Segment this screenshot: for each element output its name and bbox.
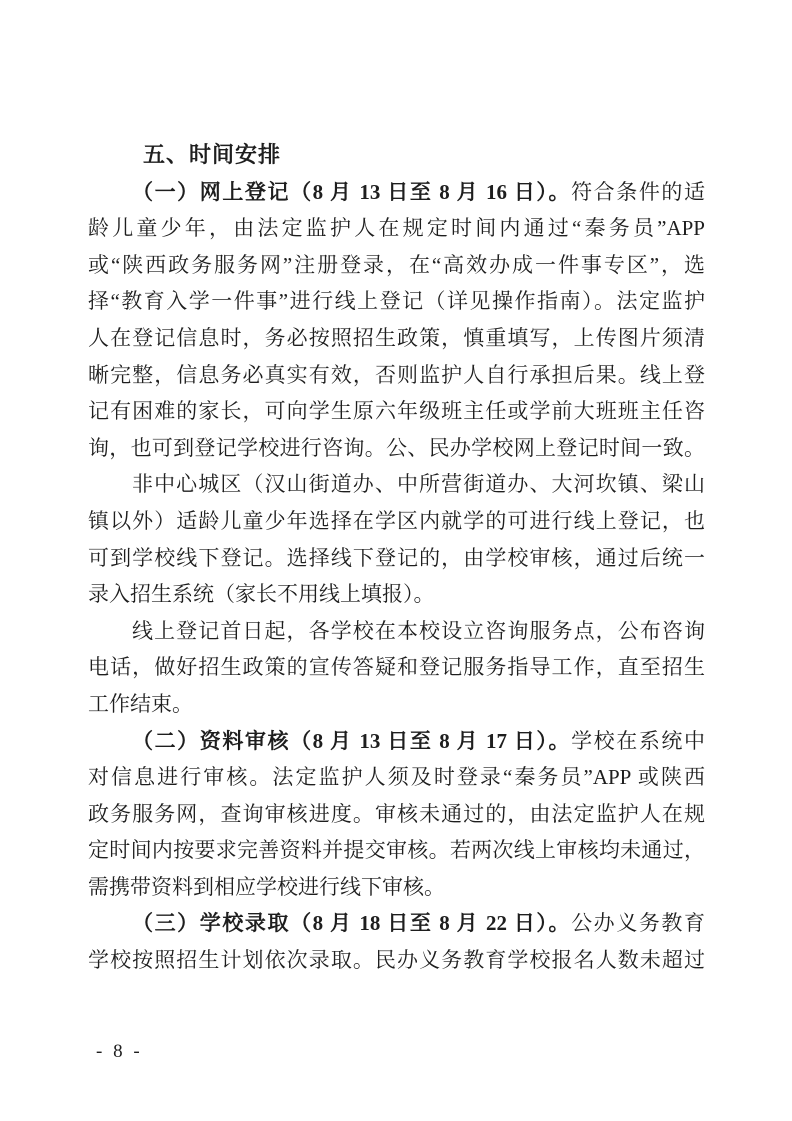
text-run: 录入招生系统（家长不用线上填报）。 bbox=[88, 582, 435, 606]
page-number: - 8 - bbox=[96, 1040, 143, 1064]
text-run: 电话，做好招生政策的宣传答疑和登记服务指导工作，直至招生 bbox=[88, 655, 705, 679]
text-run: 择“教育入学一件事”进行线上登记（详见操作指南）。法定监护 bbox=[88, 289, 705, 313]
text-run: 符合条件的适 bbox=[571, 180, 705, 204]
text-run: 对信息进行审核。法定监护人须及时登录“秦务员”APP 或陕西 bbox=[88, 765, 705, 789]
text-run: 龄儿童少年，由法定监护人在规定时间内通过“秦务员”APP bbox=[88, 216, 705, 240]
document-page: 五、时间安排（一）网上登记（8 月 13 日至 8 月 16 日）。符合条件的适… bbox=[0, 0, 792, 1121]
text-line: 晰完整，信息务必真实有效，否则监护人自行承担后果。线上登 bbox=[88, 357, 705, 394]
text-line: 需携带资料到相应学校进行线下审核。 bbox=[88, 869, 705, 906]
text-run: 学校在系统中 bbox=[571, 729, 705, 753]
text-line: 人在登记信息时，务必按照招生政策，慎重填写，上传图片须清 bbox=[88, 320, 705, 357]
text-line: 政务服务网，查询审核进度。审核未通过的，由法定监护人在规 bbox=[88, 796, 705, 833]
text-line: 电话，做好招生政策的宣传答疑和登记服务指导工作，直至招生 bbox=[88, 649, 705, 686]
text-run: 可到学校线下登记。选择线下登记的，由学校审核，通过后统一 bbox=[88, 546, 705, 570]
text-line: 工作结束。 bbox=[88, 686, 705, 723]
text-run: 人在登记信息时，务必按照招生政策，慎重填写，上传图片须清 bbox=[88, 326, 705, 350]
text-run: 晰完整，信息务必真实有效，否则监护人自行承担后果。线上登 bbox=[88, 363, 705, 387]
text-run: 政务服务网，查询审核进度。审核未通过的，由法定监护人在规 bbox=[88, 802, 705, 826]
text-line: 录入招生系统（家长不用线上填报）。 bbox=[88, 576, 705, 613]
text-line: （一）网上登记（8 月 13 日至 8 月 16 日）。符合条件的适 bbox=[88, 174, 705, 211]
text-run: 或“陕西政务服务网”注册登录，在“高效办成一件事专区”，选 bbox=[88, 253, 705, 277]
text-line: 对信息进行审核。法定监护人须及时登录“秦务员”APP 或陕西 bbox=[88, 759, 705, 796]
text-run: 学校按照招生计划依次录取。民办义务教育学校报名人数未超过 bbox=[88, 948, 705, 972]
text-line: 非中心城区（汉山街道办、中所营街道办、大河坎镇、梁山 bbox=[88, 466, 705, 503]
section-heading: 五、时间安排 bbox=[88, 137, 705, 174]
text-line: 龄儿童少年，由法定监护人在规定时间内通过“秦务员”APP bbox=[88, 210, 705, 247]
document-body: 五、时间安排（一）网上登记（8 月 13 日至 8 月 16 日）。符合条件的适… bbox=[88, 137, 705, 979]
text-line: 学校按照招生计划依次录取。民办义务教育学校报名人数未超过 bbox=[88, 942, 705, 979]
text-run: 记有困难的家长，可向学生原六年级班主任或学前大班班主任咨 bbox=[88, 399, 705, 423]
text-line: 记有困难的家长，可向学生原六年级班主任或学前大班班主任咨 bbox=[88, 393, 705, 430]
text-line: 定时间内按要求完善资料并提交审核。若两次线上审核均未通过， bbox=[88, 832, 705, 869]
text-line: 线上登记首日起，各学校在本校设立咨询服务点，公布咨询 bbox=[88, 613, 705, 650]
text-line: 镇以外）适龄儿童少年选择在学区内就学的可进行线上登记，也 bbox=[88, 503, 705, 540]
text-run: 公办义务教育 bbox=[571, 911, 705, 935]
bold-text-run: 五、时间安排 bbox=[143, 142, 281, 167]
text-run: 线上登记首日起，各学校在本校设立咨询服务点，公布咨询 bbox=[132, 619, 705, 643]
bold-text-run: （三）学校录取（8 月 18 日至 8 月 22 日）。 bbox=[132, 911, 571, 935]
text-line: 询，也可到登记学校进行咨询。公、民办学校网上登记时间一致。 bbox=[88, 430, 705, 467]
text-run: 非中心城区（汉山街道办、中所营街道办、大河坎镇、梁山 bbox=[132, 472, 705, 496]
text-line: （二）资料审核（8 月 13 日至 8 月 17 日）。学校在系统中 bbox=[88, 723, 705, 760]
text-run: 定时间内按要求完善资料并提交审核。若两次线上审核均未通过， bbox=[88, 838, 705, 862]
text-line: （三）学校录取（8 月 18 日至 8 月 22 日）。公办义务教育 bbox=[88, 905, 705, 942]
text-run: 工作结束。 bbox=[88, 692, 193, 716]
text-line: 择“教育入学一件事”进行线上登记（详见操作指南）。法定监护 bbox=[88, 283, 705, 320]
bold-text-run: （一）网上登记（8 月 13 日至 8 月 16 日）。 bbox=[132, 180, 571, 204]
text-line: 可到学校线下登记。选择线下登记的，由学校审核，通过后统一 bbox=[88, 540, 705, 577]
text-run: 询，也可到登记学校进行咨询。公、民办学校网上登记时间一致。 bbox=[88, 436, 705, 460]
text-line: 或“陕西政务服务网”注册登录，在“高效办成一件事专区”，选 bbox=[88, 247, 705, 284]
text-run: 镇以外）适龄儿童少年选择在学区内就学的可进行线上登记，也 bbox=[88, 509, 705, 533]
text-run: 需携带资料到相应学校进行线下审核。 bbox=[88, 875, 445, 899]
bold-text-run: （二）资料审核（8 月 13 日至 8 月 17 日）。 bbox=[132, 729, 571, 753]
